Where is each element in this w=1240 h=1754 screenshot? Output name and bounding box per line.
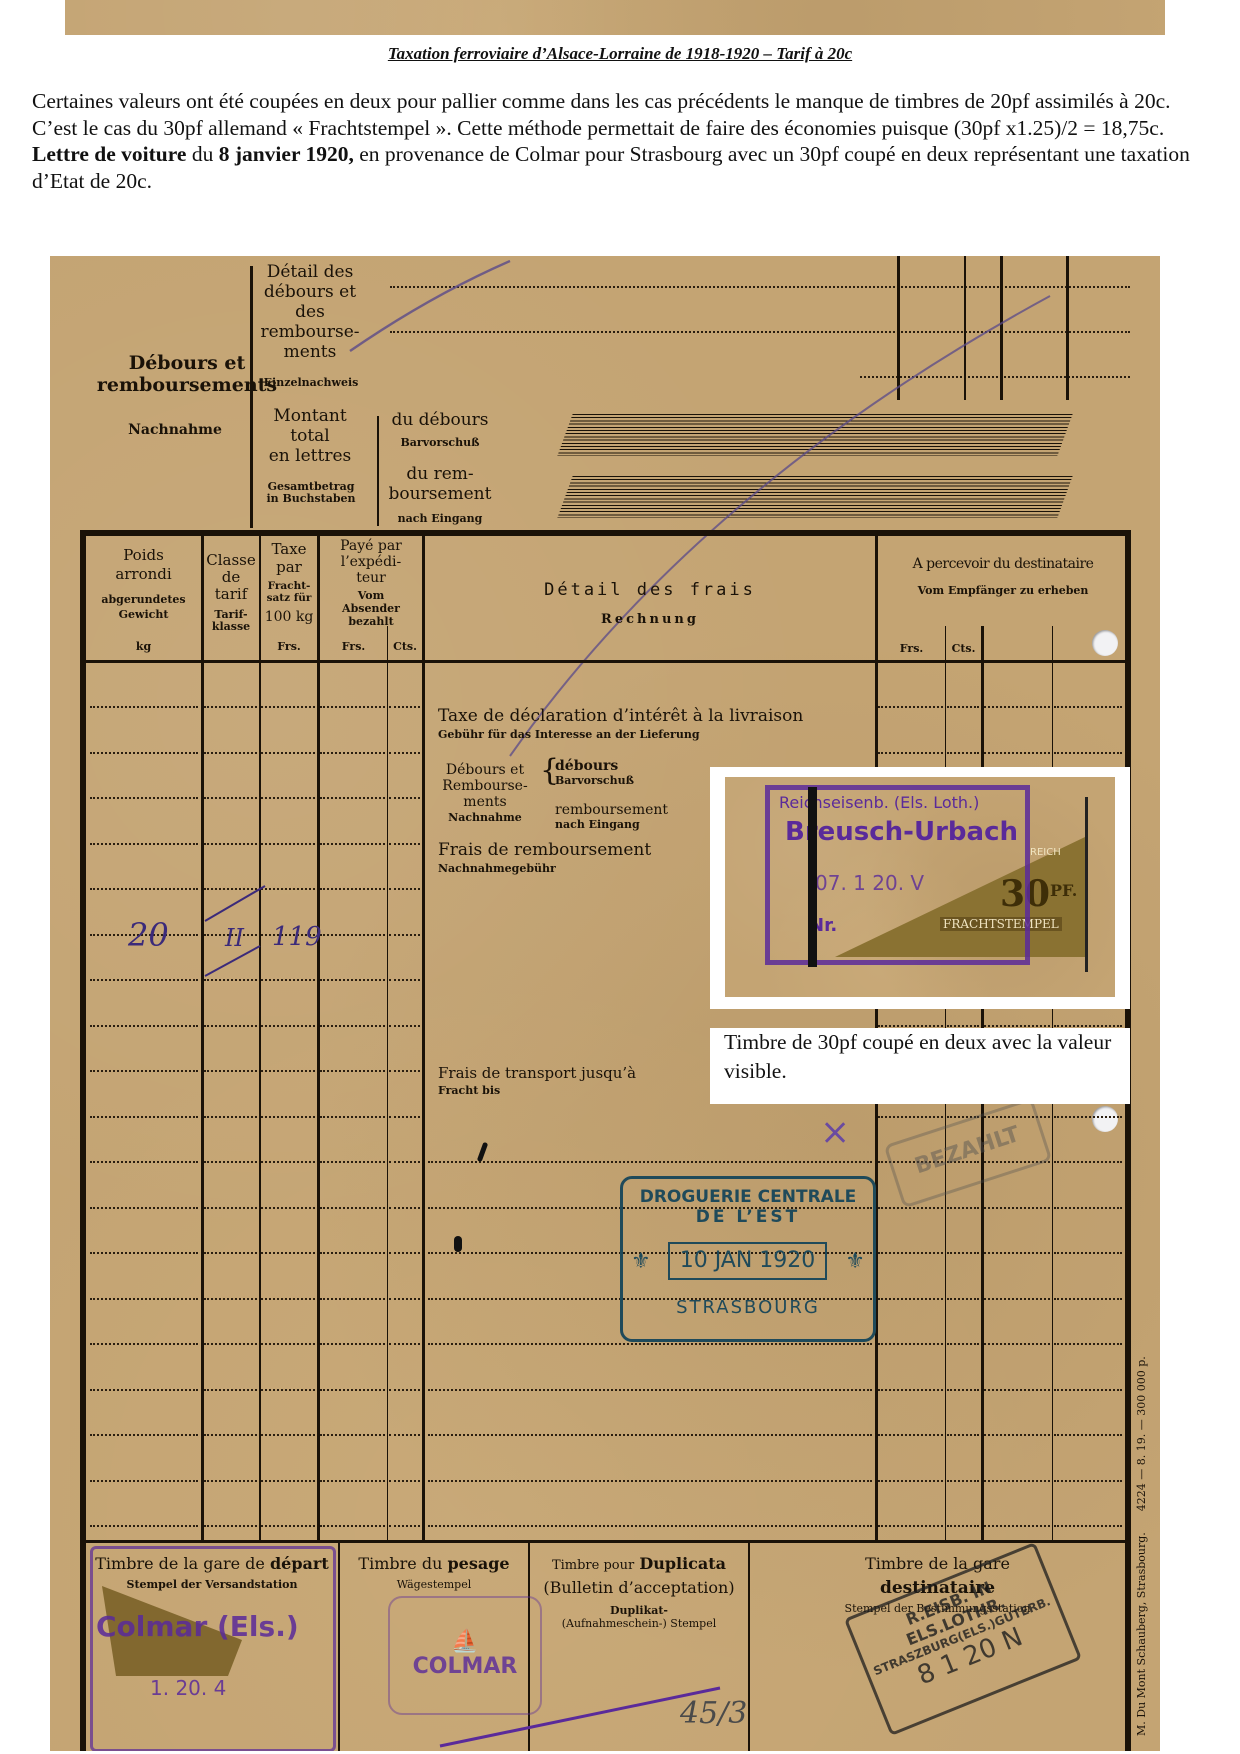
stamp-unit: PF. bbox=[1050, 881, 1077, 900]
ship-icon: ⛵ bbox=[390, 1628, 540, 1654]
table-row-line bbox=[389, 1161, 420, 1163]
table-right-border bbox=[1125, 530, 1131, 1751]
table-row-line bbox=[90, 752, 198, 754]
table-row-line bbox=[90, 1252, 198, 1254]
table-row-line bbox=[320, 1298, 385, 1300]
table-row-line bbox=[878, 1025, 943, 1027]
db-l3: ments bbox=[430, 794, 540, 810]
pencil-stroke bbox=[50, 256, 1160, 776]
table-row-line bbox=[1054, 1298, 1122, 1300]
header-taxe: Taxe par Fracht- satz für 100 kg bbox=[261, 540, 317, 626]
table-row-line bbox=[984, 1389, 1050, 1391]
table-row-line bbox=[389, 1525, 420, 1527]
paye-de3: bezahlt bbox=[320, 615, 422, 628]
detail-row-line bbox=[428, 1389, 872, 1391]
colmar-stamp-text: Colmar (Els.) bbox=[96, 1610, 299, 1643]
table-row-line bbox=[261, 1207, 315, 1209]
handwritten-poids: 20 bbox=[128, 916, 169, 954]
pen-strokes bbox=[200, 876, 320, 996]
table-row-line bbox=[90, 1161, 198, 1163]
table-row-line bbox=[389, 706, 420, 708]
fleur-de-lis-icon: ⚜ bbox=[631, 1249, 651, 1274]
poids-de2: Gewicht bbox=[86, 607, 201, 622]
table-row-line bbox=[320, 1116, 385, 1118]
footer-top-line bbox=[86, 1540, 1126, 1543]
intro-paragraph-1: Certaines valeurs ont été coupées en deu… bbox=[32, 88, 1212, 141]
table-row-line bbox=[261, 1480, 315, 1482]
table-row-line bbox=[984, 706, 1050, 708]
table-row-line bbox=[947, 1480, 979, 1482]
db-remb: remboursement bbox=[555, 802, 668, 818]
table-row-line bbox=[984, 1480, 1050, 1482]
stamp-inset: 30 PF. REICH FRACHTSTEMPEL Reichseisenb.… bbox=[710, 767, 1130, 1009]
detail-row-line bbox=[428, 1161, 872, 1163]
table-row-line bbox=[389, 843, 420, 845]
table-row-line bbox=[984, 1525, 1050, 1527]
table-row-line bbox=[1054, 1389, 1122, 1391]
table-row-line bbox=[878, 1525, 943, 1527]
detail-row-line bbox=[428, 1480, 872, 1482]
db-remb-de: nach Eingang bbox=[555, 818, 640, 831]
punch-hole-2 bbox=[1092, 1106, 1118, 1132]
stamp-reich: REICH bbox=[1030, 847, 1061, 858]
table-row-line bbox=[90, 1343, 198, 1345]
table-row-line bbox=[878, 1252, 943, 1254]
header-bottom-line bbox=[86, 660, 1126, 663]
table-row-line bbox=[320, 979, 385, 981]
table-row-line bbox=[90, 1480, 198, 1482]
table-row-line bbox=[90, 888, 198, 890]
table-row-line bbox=[261, 1070, 315, 1072]
table-row-line bbox=[90, 1116, 198, 1118]
table-row-line bbox=[261, 1298, 315, 1300]
header-detail-frais-de: Rechnung bbox=[425, 612, 875, 627]
table-row-line bbox=[204, 1298, 257, 1300]
frais-transport-de: Fracht bis bbox=[438, 1084, 500, 1097]
table-row-line bbox=[878, 1343, 943, 1345]
table-row-line bbox=[90, 1525, 198, 1527]
table-row-line bbox=[947, 706, 979, 708]
table-row-line bbox=[947, 1434, 979, 1436]
table-row-line bbox=[984, 1343, 1050, 1345]
table-row-line bbox=[204, 1207, 257, 1209]
table-row-line bbox=[947, 1389, 979, 1391]
table-row-line bbox=[878, 1389, 943, 1391]
table-row-line bbox=[261, 706, 315, 708]
col-line-paye bbox=[422, 536, 425, 1541]
paye-l2: l’expédi- bbox=[320, 554, 422, 570]
table-row-line bbox=[389, 1480, 420, 1482]
table-row-line bbox=[204, 1116, 257, 1118]
intro-text-du: du bbox=[186, 142, 218, 166]
table-row-line bbox=[261, 1161, 315, 1163]
table-row-line bbox=[389, 1389, 420, 1391]
header-paye-cts: Cts. bbox=[388, 640, 422, 653]
db-de: Nachnahme bbox=[430, 810, 540, 826]
table-row-line bbox=[320, 1525, 385, 1527]
punch-hole-1 bbox=[1092, 630, 1118, 656]
table-row-line bbox=[389, 1343, 420, 1345]
detail-row-line bbox=[428, 1434, 872, 1436]
table-row-line bbox=[261, 797, 315, 799]
footer-duplicata-l2: (Bulletin d’acceptation) bbox=[530, 1578, 748, 1597]
table-row-line bbox=[320, 752, 385, 754]
table-row-line bbox=[261, 1116, 315, 1118]
table-top-border bbox=[80, 530, 1130, 536]
ink-blot-2 bbox=[454, 1236, 462, 1252]
table-row-line bbox=[320, 797, 385, 799]
header-classe: Classe de tarif Tarif- klasse bbox=[203, 552, 259, 633]
header-paye: Payé par l’expédi- teur Vom Absender bez… bbox=[320, 538, 422, 628]
table-row-line bbox=[984, 1298, 1050, 1300]
table-row-line bbox=[261, 1389, 315, 1391]
table-row-line bbox=[878, 752, 943, 754]
droguerie-date: 10 JAN 1920 bbox=[668, 1242, 827, 1280]
table-row-line bbox=[878, 1116, 943, 1118]
header-percevoir-frs: Frs. bbox=[878, 642, 945, 655]
table-row-line bbox=[1054, 1525, 1122, 1527]
table-row-line bbox=[1054, 1252, 1122, 1254]
colmar-stamp-date: 1. 20. 4 bbox=[150, 1676, 226, 1700]
table-row-line bbox=[1054, 1343, 1122, 1345]
table-row-line bbox=[204, 843, 257, 845]
footer-duplicata: Timbre pour Duplicata bbox=[530, 1554, 748, 1573]
table-row-line bbox=[984, 1207, 1050, 1209]
header-poids: Poids arrondi abgerundetes Gewicht bbox=[86, 546, 201, 622]
table-row-line bbox=[389, 979, 420, 981]
footer-duplicata-de2: (Aufnahmeschein-) Stempel bbox=[530, 1617, 748, 1630]
footer-pesage-text: Timbre du bbox=[358, 1554, 442, 1573]
table-row-line bbox=[878, 1207, 943, 1209]
table-row-line bbox=[204, 797, 257, 799]
inset-stamp-l2: Breusch-Urbach bbox=[785, 817, 1018, 847]
footer-duplicata-text: Timbre pour bbox=[552, 1558, 634, 1573]
table-row-line bbox=[320, 1252, 385, 1254]
table-row-line bbox=[204, 1070, 257, 1072]
previous-scan-strip bbox=[65, 0, 1165, 35]
frais-transport-label: Frais de transport jusqu’à bbox=[438, 1064, 636, 1082]
footer-pesage-bold: pesage bbox=[447, 1554, 509, 1573]
header-percevoir-de: Vom Empfänger zu erheben bbox=[878, 584, 1128, 597]
table-row-line bbox=[389, 1252, 420, 1254]
taxe-declaration-label: Taxe de déclaration d’intérêt à la livra… bbox=[438, 706, 803, 726]
table-row-line bbox=[947, 1025, 979, 1027]
table-row-line bbox=[1054, 706, 1122, 708]
table-row-line bbox=[90, 1389, 198, 1391]
paye-l1: Payé par bbox=[320, 538, 422, 554]
table-row-line bbox=[90, 1070, 198, 1072]
table-row-line bbox=[204, 706, 257, 708]
classe-l2: de bbox=[203, 569, 259, 586]
table-row-line bbox=[90, 1298, 198, 1300]
table-row-line bbox=[320, 1025, 385, 1027]
taxe-de1: Fracht- bbox=[261, 580, 317, 592]
table-row-line bbox=[947, 1252, 979, 1254]
table-row-line bbox=[389, 934, 420, 936]
table-row-line bbox=[320, 934, 385, 936]
table-row-line bbox=[204, 1252, 257, 1254]
table-row-line bbox=[947, 1207, 979, 1209]
inset-right-line bbox=[1085, 797, 1088, 972]
table-row-line bbox=[878, 1298, 943, 1300]
poids-de1: abgerundetes bbox=[86, 592, 201, 607]
paye-l3: teur bbox=[320, 570, 422, 586]
classe-de2: klasse bbox=[203, 621, 259, 633]
faint-stamp: BEZAHLT bbox=[884, 1098, 1053, 1209]
detail-row-line bbox=[428, 1343, 872, 1345]
page-title: Taxation ferroviaire d’Alsace-Lorraine d… bbox=[0, 44, 1240, 64]
handwritten-mark: × bbox=[820, 1112, 850, 1153]
intro-paragraph-2: Lettre de voiture du 8 janvier 1920, en … bbox=[32, 141, 1212, 194]
table-row-line bbox=[320, 1161, 385, 1163]
table-row-line bbox=[204, 1343, 257, 1345]
droguerie-city: STRASBOURG bbox=[623, 1297, 873, 1318]
table-row-line bbox=[878, 706, 943, 708]
table-row-line bbox=[204, 1434, 257, 1436]
droguerie-stamp: DROGUERIE CENTRALE DE L’EST ⚜ 10 JAN 192… bbox=[620, 1176, 876, 1342]
table-row-line bbox=[320, 1389, 385, 1391]
ink-blot-1 bbox=[477, 1142, 489, 1163]
footer-dest: Timbre de la gare bbox=[750, 1554, 1125, 1573]
table-row-line bbox=[320, 843, 385, 845]
header-paye-frs: Frs. bbox=[320, 640, 387, 653]
taxe-l3: 100 kg bbox=[261, 608, 317, 626]
detail-row-line bbox=[428, 1525, 872, 1527]
table-row-line bbox=[261, 1025, 315, 1027]
table-row-line bbox=[204, 1480, 257, 1482]
paye-de1: Vom bbox=[320, 589, 422, 602]
table-row-line bbox=[984, 1434, 1050, 1436]
db-debours: débours bbox=[555, 758, 618, 774]
footer-duplicata-bold: Duplicata bbox=[639, 1554, 726, 1573]
handwritten-fraction: 45/3 bbox=[680, 1696, 747, 1731]
inset-caption: Timbre de 30pf coupé en deux avec la val… bbox=[710, 1028, 1130, 1104]
inset-stamp-date: 07. 1 20. V bbox=[815, 871, 924, 895]
db-label: Débours et Rembourse- ments Nachnahme bbox=[430, 762, 540, 826]
table-row-line bbox=[261, 1252, 315, 1254]
table-row-line bbox=[204, 1525, 257, 1527]
fleur-de-lis-icon: ⚜ bbox=[845, 1249, 865, 1274]
table-row-line bbox=[389, 1434, 420, 1436]
intro-bold-lettre: Lettre de voiture bbox=[32, 142, 186, 166]
table-row-line bbox=[1054, 1025, 1122, 1027]
taxe-de2: satz für bbox=[261, 592, 317, 604]
table-row-line bbox=[261, 1525, 315, 1527]
droguerie-l2: DE L’EST bbox=[623, 1207, 873, 1227]
table-row-line bbox=[389, 752, 420, 754]
frais-remb-de: Nachnahmegebühr bbox=[438, 862, 556, 875]
taxe-l2: par bbox=[261, 558, 317, 576]
table-row-line bbox=[90, 843, 198, 845]
table-row-line bbox=[389, 1025, 420, 1027]
table-row-line bbox=[878, 1480, 943, 1482]
intro-text: Certaines valeurs ont été coupées en deu… bbox=[32, 88, 1212, 194]
table-row-line bbox=[320, 1480, 385, 1482]
table-row-line bbox=[947, 1298, 979, 1300]
footer-pesage: Timbre du pesage bbox=[340, 1554, 528, 1573]
table-row-line bbox=[90, 979, 198, 981]
table-row-line bbox=[90, 1434, 198, 1436]
table-row-line bbox=[204, 1025, 257, 1027]
poids-l2: arrondi bbox=[86, 565, 201, 584]
footer-col-1 bbox=[338, 1543, 340, 1751]
table-row-line bbox=[261, 752, 315, 754]
table-row-line bbox=[878, 1434, 943, 1436]
frais-remb-label: Frais de remboursement bbox=[438, 840, 651, 860]
paye-de2: Absender bbox=[320, 602, 422, 615]
db-debours-de: Barvorschuß bbox=[555, 774, 634, 787]
table-row-line bbox=[389, 797, 420, 799]
header-percevoir: A percevoir du destinataire bbox=[878, 556, 1128, 572]
classe-l3: tarif bbox=[203, 586, 259, 603]
table-row-line bbox=[204, 752, 257, 754]
db-l1: Débours et bbox=[430, 762, 540, 778]
taxe-declaration-de: Gebühr für das Interesse an der Lieferun… bbox=[438, 728, 700, 741]
table-row-line bbox=[1054, 1207, 1122, 1209]
table-row-line bbox=[984, 1252, 1050, 1254]
table-row-line bbox=[261, 1343, 315, 1345]
table-row-line bbox=[320, 1207, 385, 1209]
table-row-line bbox=[389, 888, 420, 890]
header-detail-frais: Détail des frais bbox=[425, 580, 875, 600]
table-row-line bbox=[90, 1025, 198, 1027]
table-row-line bbox=[947, 1343, 979, 1345]
printer-imprint: M. Du Mont Schauberg, Strasbourg. 4224 —… bbox=[1135, 1286, 1148, 1736]
table-row-line bbox=[1054, 1161, 1122, 1163]
classe-l1: Classe bbox=[203, 552, 259, 569]
footer-pesage-de: Wägestempel bbox=[340, 1578, 528, 1591]
table-row-line bbox=[261, 1434, 315, 1436]
table-row-line bbox=[389, 1070, 420, 1072]
colmar-stamp-frame bbox=[90, 1546, 336, 1751]
table-row-line bbox=[320, 1434, 385, 1436]
table-row-line bbox=[90, 797, 198, 799]
table-row-line bbox=[389, 1298, 420, 1300]
table-row-line bbox=[984, 1025, 1050, 1027]
taxe-l1: Taxe bbox=[261, 540, 317, 558]
table-row-line bbox=[984, 752, 1050, 754]
table-row-line bbox=[389, 1116, 420, 1118]
db-l2: Rembourse- bbox=[430, 778, 540, 794]
poids-l1: Poids bbox=[86, 546, 201, 565]
table-row-line bbox=[320, 1343, 385, 1345]
table-row-line bbox=[320, 1070, 385, 1072]
header-percevoir-cts: Cts. bbox=[946, 642, 981, 655]
table-row-line bbox=[320, 706, 385, 708]
table-row-line bbox=[204, 1161, 257, 1163]
table-row-line bbox=[1054, 1434, 1122, 1436]
table-row-line bbox=[1054, 752, 1122, 754]
col-line-paye-cts bbox=[387, 626, 388, 1541]
inset-black-bar bbox=[808, 787, 817, 967]
table-row-line bbox=[947, 1525, 979, 1527]
table-row-line bbox=[204, 1389, 257, 1391]
table-row-line bbox=[947, 752, 979, 754]
header-taxe-unit: Frs. bbox=[261, 640, 317, 653]
table-row-line bbox=[1054, 1480, 1122, 1482]
footer-duplicata-de1: Duplikat- bbox=[530, 1604, 748, 1617]
table-row-line bbox=[389, 1207, 420, 1209]
table-row-line bbox=[90, 1207, 198, 1209]
table-row-line bbox=[261, 843, 315, 845]
droguerie-l1: DROGUERIE CENTRALE bbox=[623, 1187, 873, 1207]
table-row-line bbox=[90, 706, 198, 708]
table-row-line bbox=[1054, 1116, 1122, 1118]
intro-bold-date: 8 janvier 1920, bbox=[219, 142, 354, 166]
header-poids-unit: kg bbox=[86, 640, 201, 653]
stamp-inset-image: 30 PF. REICH FRACHTSTEMPEL Reichseisenb.… bbox=[725, 777, 1115, 997]
table-row-line bbox=[320, 888, 385, 890]
